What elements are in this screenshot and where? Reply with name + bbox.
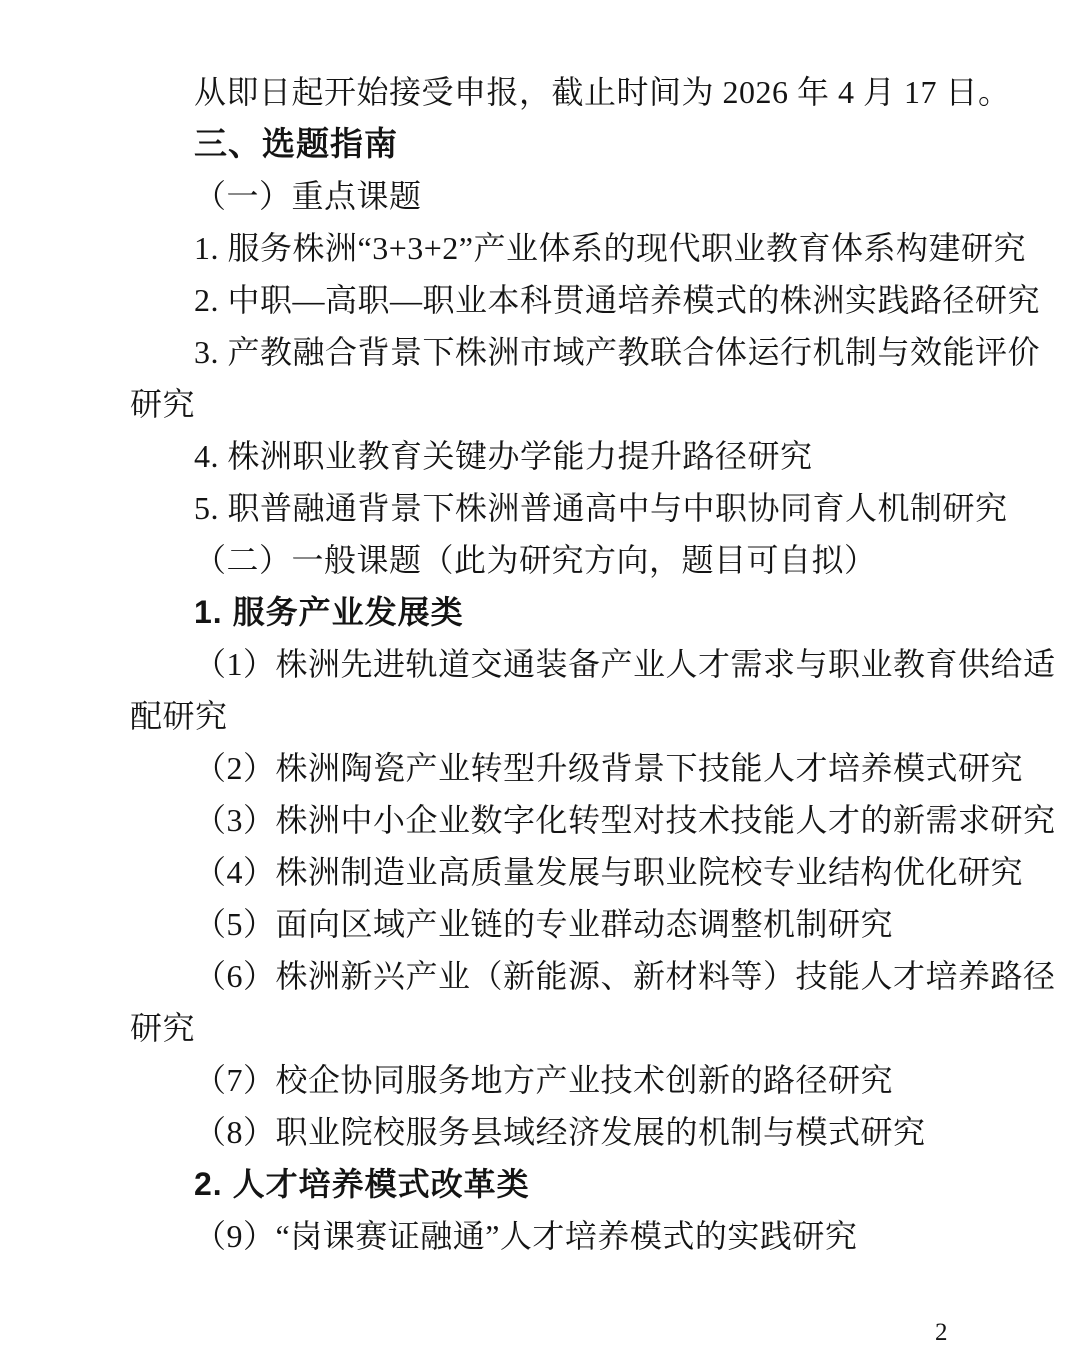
paragraph: （9）“岗课赛证融通”人才培养模式的实践研究: [130, 1210, 1060, 1262]
paragraph: 5. 职普融通背景下株洲普通高中与中职协同育人机制研究: [130, 482, 1060, 534]
category-heading: 2. 人才培养模式改革类: [130, 1158, 1060, 1210]
subsection-heading: （一）重点课题: [130, 170, 1060, 222]
category-heading: 1. 服务产业发展类: [130, 586, 1060, 638]
paragraph: （2）株洲陶瓷产业转型升级背景下技能人才培养模式研究: [130, 742, 1060, 794]
document-body: 从即日起开始接受申报，截止时间为 2026 年 4 月 17 日。三、选题指南（…: [130, 66, 1060, 1262]
paragraph: （6）株洲新兴产业（新能源、新材料等）技能人才培养路径研究: [130, 950, 1060, 1054]
page-number: 2: [935, 1318, 948, 1348]
paragraph: 3. 产教融合背景下株洲市域产教联合体运行机制与效能评价研究: [130, 326, 1060, 430]
paragraph: 4. 株洲职业教育关键办学能力提升路径研究: [130, 430, 1060, 482]
subsection-heading: （二）一般课题（此为研究方向，题目可自拟）: [130, 534, 1060, 586]
paragraph: 2. 中职—高职—职业本科贯通培养模式的株洲实践路径研究: [130, 274, 1060, 326]
paragraph: 从即日起开始接受申报，截止时间为 2026 年 4 月 17 日。: [130, 66, 1060, 118]
paragraph: （8）职业院校服务县域经济发展的机制与模式研究: [130, 1106, 1060, 1158]
paragraph: （5）面向区域产业链的专业群动态调整机制研究: [130, 898, 1060, 950]
paragraph: （7）校企协同服务地方产业技术创新的路径研究: [130, 1054, 1060, 1106]
paragraph: 1. 服务株洲“3+3+2”产业体系的现代职业教育体系构建研究: [130, 222, 1060, 274]
document-page: 从即日起开始接受申报，截止时间为 2026 年 4 月 17 日。三、选题指南（…: [0, 0, 1080, 1362]
section-heading: 三、选题指南: [130, 118, 1060, 170]
paragraph: （4）株洲制造业高质量发展与职业院校专业结构优化研究: [130, 846, 1060, 898]
paragraph: （3）株洲中小企业数字化转型对技术技能人才的新需求研究: [130, 794, 1060, 846]
paragraph: （1）株洲先进轨道交通装备产业人才需求与职业教育供给适配研究: [130, 638, 1060, 742]
